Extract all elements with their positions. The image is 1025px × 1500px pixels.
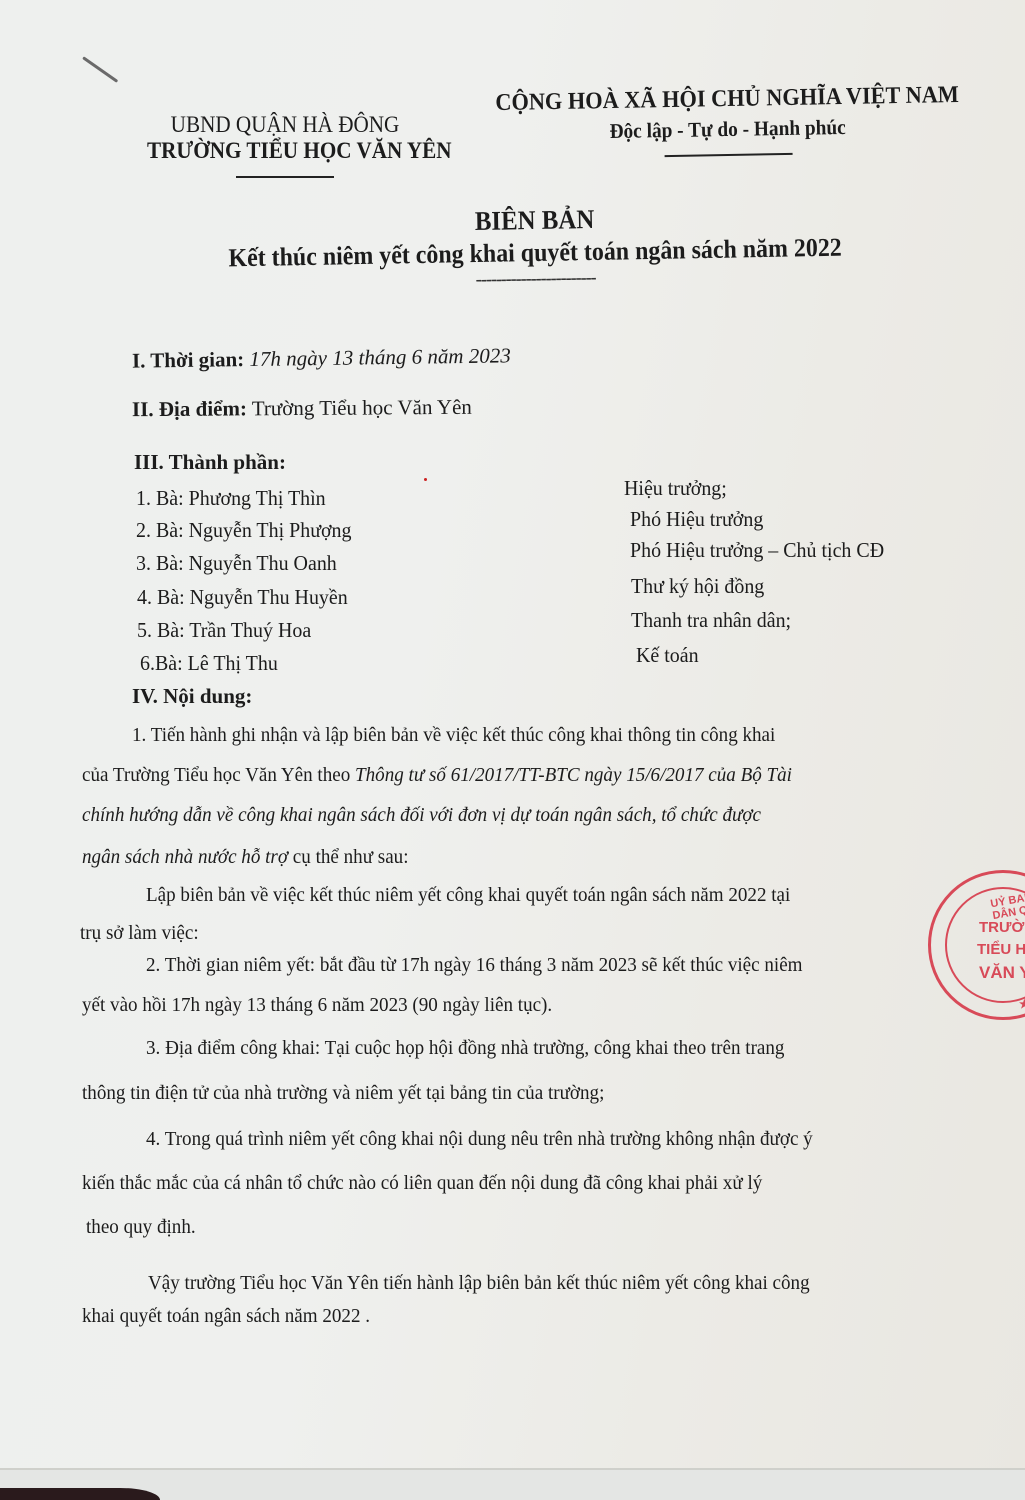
content-paragraph-line: 3. Địa điểm công khai: Tại cuộc họp hội …	[146, 1037, 784, 1060]
content-paragraph-line: của Trường Tiểu học Văn Yên theo Thông t…	[82, 764, 792, 787]
stamp-text: TIỂU H	[977, 941, 1025, 958]
stamp-text: TRƯỜ	[979, 919, 1024, 936]
header-left: UBND QUẬN HÀ ĐÔNG TRƯỜNG TIỂU HỌC VĂN YÊ…	[135, 112, 435, 178]
members-label: III. Thành phần:	[134, 450, 286, 474]
national-motto: Độc lập - Tự do - Hạnh phúc	[495, 113, 960, 146]
time-value: 17h ngày 13 tháng 6 năm 2023	[249, 343, 511, 371]
content-paragraph-line: thông tin điện tử của nhà trường và niêm…	[82, 1082, 604, 1105]
header-left-underline	[236, 176, 334, 178]
content-paragraph-line: 2. Thời gian niêm yết: bắt đầu từ 17h ng…	[146, 954, 802, 977]
text-plain: của Trường Tiểu học Văn Yên theo	[82, 764, 355, 786]
member-role: Hiệu trưởng;	[624, 476, 727, 501]
content-paragraph-line: theo quy định.	[86, 1216, 196, 1239]
member-name: 6.Bà: Lê Thị Thu	[140, 651, 278, 676]
content-paragraph-line: trụ sở làm việc:	[80, 922, 199, 945]
member-role: Phó Hiệu trưởng	[630, 507, 763, 532]
member-role: Thanh tra nhân dân;	[631, 608, 791, 633]
text-italic: chính hướng dẫn về công khai ngân sách đ…	[82, 804, 761, 826]
text-italic: Thông tư số 61/2017/TT-BTC ngày 15/6/201…	[355, 764, 792, 786]
staple-mark	[82, 56, 118, 83]
official-red-stamp: UỶ BAN NHÂN DÂN QUẬN TRƯỜ TIỂU H VĂN Y ★	[928, 870, 1025, 1020]
header-right: CỘNG HOÀ XÃ HỘI CHỦ NGHĨA VIỆT NAM Độc l…	[474, 82, 980, 161]
content-paragraph-line: 4. Trong quá trình niêm yết công khai nộ…	[146, 1128, 813, 1151]
member-role: Phó Hiệu trưởng – Chủ tịch CĐ	[630, 538, 884, 563]
content-label: IV. Nội dung:	[132, 684, 252, 708]
content-paragraph-line: Lập biên bản về việc kết thúc niêm yết c…	[146, 884, 790, 907]
section-time: I. Thời gian: 17h ngày 13 tháng 6 năm 20…	[132, 343, 511, 373]
time-label: I. Thời gian:	[132, 347, 245, 373]
header-right-underline	[664, 153, 792, 157]
content-paragraph-line: khai quyết toán ngân sách năm 2022 .	[82, 1305, 370, 1328]
content-paragraph-line: kiến thắc mắc của cá nhân tổ chức nào có…	[82, 1172, 762, 1195]
text-plain: cụ thể như sau:	[288, 846, 408, 868]
content-paragraph-line: 1. Tiến hành ghi nhận và lập biên bản về…	[132, 724, 775, 747]
member-name: 2. Bà: Nguyễn Thị Phượng	[136, 518, 352, 543]
document-title-block: BIÊN BẢN Kết thúc niêm yết công khai quy…	[139, 198, 930, 296]
school-name: TRƯỜNG TIỂU HỌC VĂN YÊN	[147, 138, 423, 164]
background-surface	[0, 1488, 160, 1500]
stamp-star-icon: ★	[1019, 997, 1025, 1011]
member-name: 3. Bà: Nguyễn Thu Oanh	[136, 551, 337, 576]
section-members: III. Thành phần:	[134, 450, 286, 475]
section-place: II. Địa điểm: Trường Tiểu học Văn Yên	[132, 395, 472, 422]
content-paragraph-line: yết vào hồi 17h ngày 13 tháng 6 năm 2023…	[82, 994, 552, 1017]
content-paragraph-line: ngân sách nhà nước hỗ trợ cụ thể như sau…	[82, 846, 409, 869]
district-name: UBND QUẬN HÀ ĐÔNG	[147, 112, 423, 138]
member-name: 5. Bà: Trần Thuý Hoa	[137, 618, 311, 643]
national-title: CỘNG HOÀ XÃ HỘI CHỦ NGHĨA VIỆT NAM	[492, 82, 962, 117]
document-page: UBND QUẬN HÀ ĐÔNG TRƯỜNG TIỂU HỌC VĂN YÊ…	[0, 0, 1025, 1500]
ink-dot	[424, 478, 427, 481]
place-label: II. Địa điểm:	[132, 396, 247, 421]
section-content: IV. Nội dung:	[132, 684, 252, 709]
member-role: Thư ký hội đồng	[631, 574, 764, 599]
member-name: 4. Bà: Nguyễn Thu Huyền	[137, 585, 348, 610]
text-italic: ngân sách nhà nước hỗ trợ	[82, 846, 288, 868]
content-paragraph-line: Vậy trường Tiểu học Văn Yên tiến hành lậ…	[148, 1272, 810, 1295]
member-name: 1. Bà: Phương Thị Thìn	[136, 486, 326, 511]
member-role: Kế toán	[636, 643, 699, 668]
content-paragraph-line: chính hướng dẫn về công khai ngân sách đ…	[82, 804, 761, 827]
stamp-text: VĂN Y	[979, 963, 1025, 983]
place-value: Trường Tiểu học Văn Yên	[252, 395, 472, 421]
